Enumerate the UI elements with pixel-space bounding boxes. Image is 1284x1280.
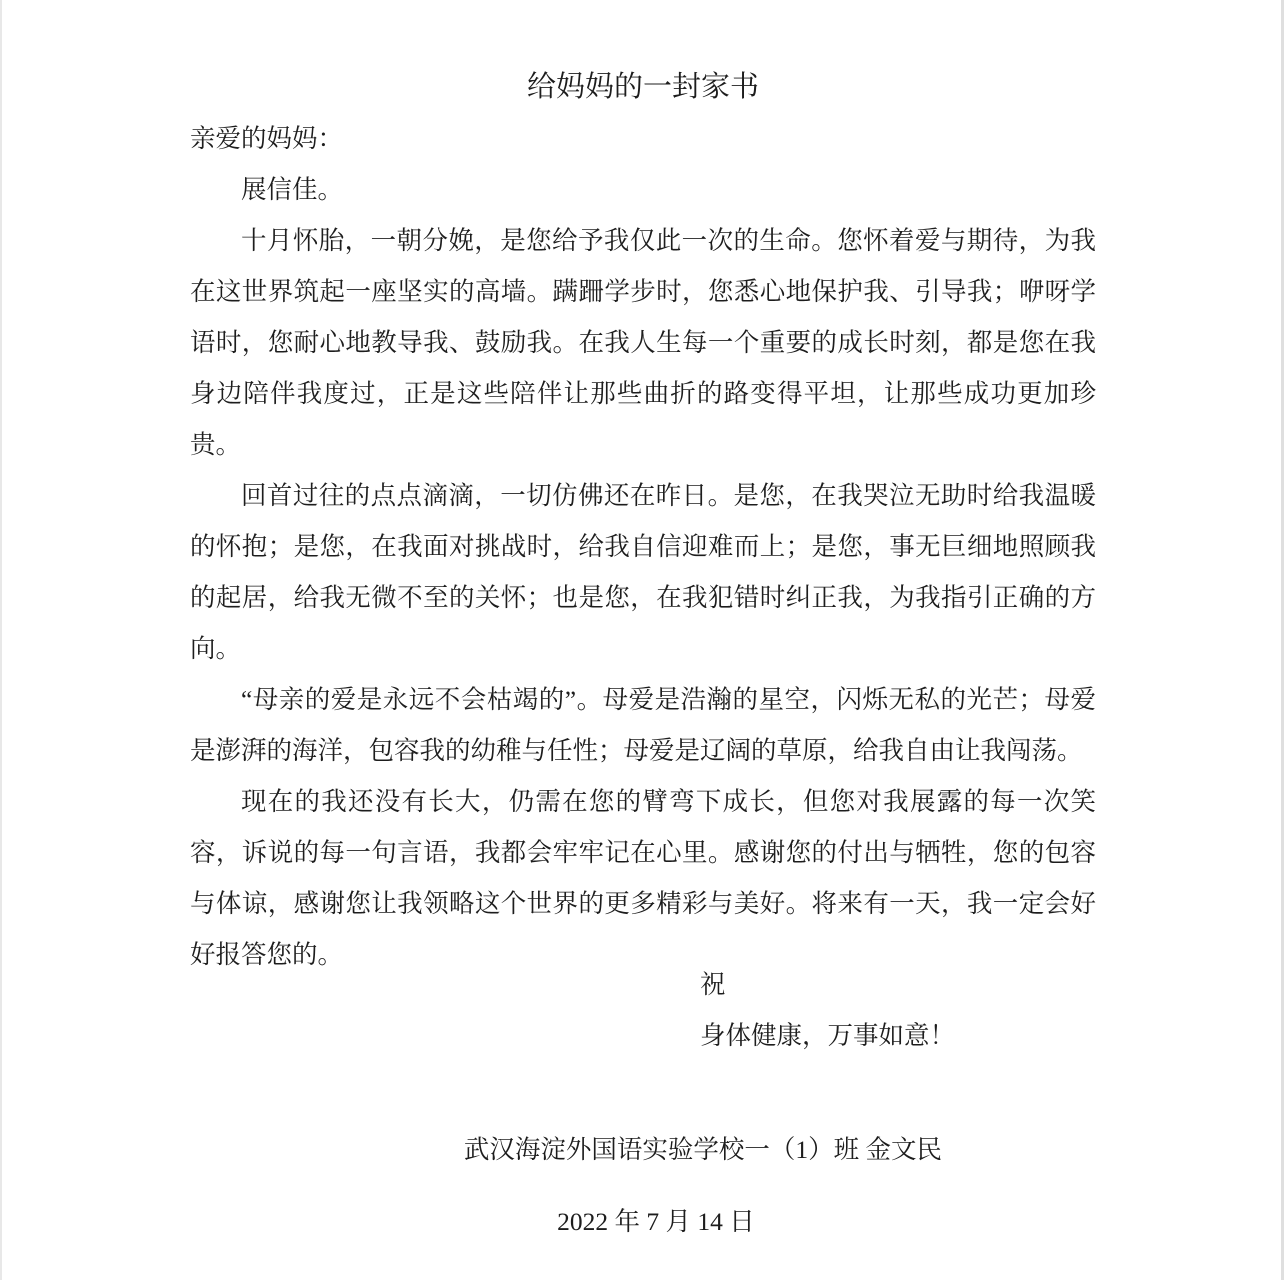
paragraph-1: 十月怀胎，一朝分娩，是您给予我仅此一次的生命。您怀着爱与期待，为我在这世界筑起一… (190, 215, 1096, 470)
paragraph-2: 回首过往的点点滴滴，一切仿佛还在昨日。是您，在我哭泣无助时给我温暖的怀抱；是您，… (190, 470, 1096, 674)
opening-line: 展信佳。 (190, 164, 1096, 215)
page-left-edge (0, 0, 2, 1280)
closing-block: 祝 身体健康，万事如意！ (700, 959, 955, 1061)
signature-line: 武汉海淀外国语实验学校一（1）班 金文民 (250, 1124, 1156, 1175)
closing-wish: 身体健康，万事如意！ (700, 1010, 955, 1061)
letter-sheet: 给妈妈的一封家书 亲爱的妈妈： 展信佳。 十月怀胎，一朝分娩，是您给予我仅此一次… (0, 0, 1284, 1280)
paragraph-4: 现在的我还没有长大，仍需在您的臂弯下成长，但您对我展露的每一次笑容，诉说的每一句… (190, 776, 1096, 980)
closing-word: 祝 (700, 959, 955, 1010)
letter-body: 给妈妈的一封家书 亲爱的妈妈： 展信佳。 十月怀胎，一朝分娩，是您给予我仅此一次… (190, 62, 1096, 980)
salutation: 亲爱的妈妈： (190, 113, 1096, 164)
page-title: 给妈妈的一封家书 (190, 62, 1096, 113)
date-line: 2022 年 7 月 14 日 (203, 1196, 1109, 1247)
paragraph-3: “母亲的爱是永远不会枯竭的”。母爱是浩瀚的星空，闪烁无私的光芒；母爱是澎湃的海洋… (190, 674, 1096, 776)
